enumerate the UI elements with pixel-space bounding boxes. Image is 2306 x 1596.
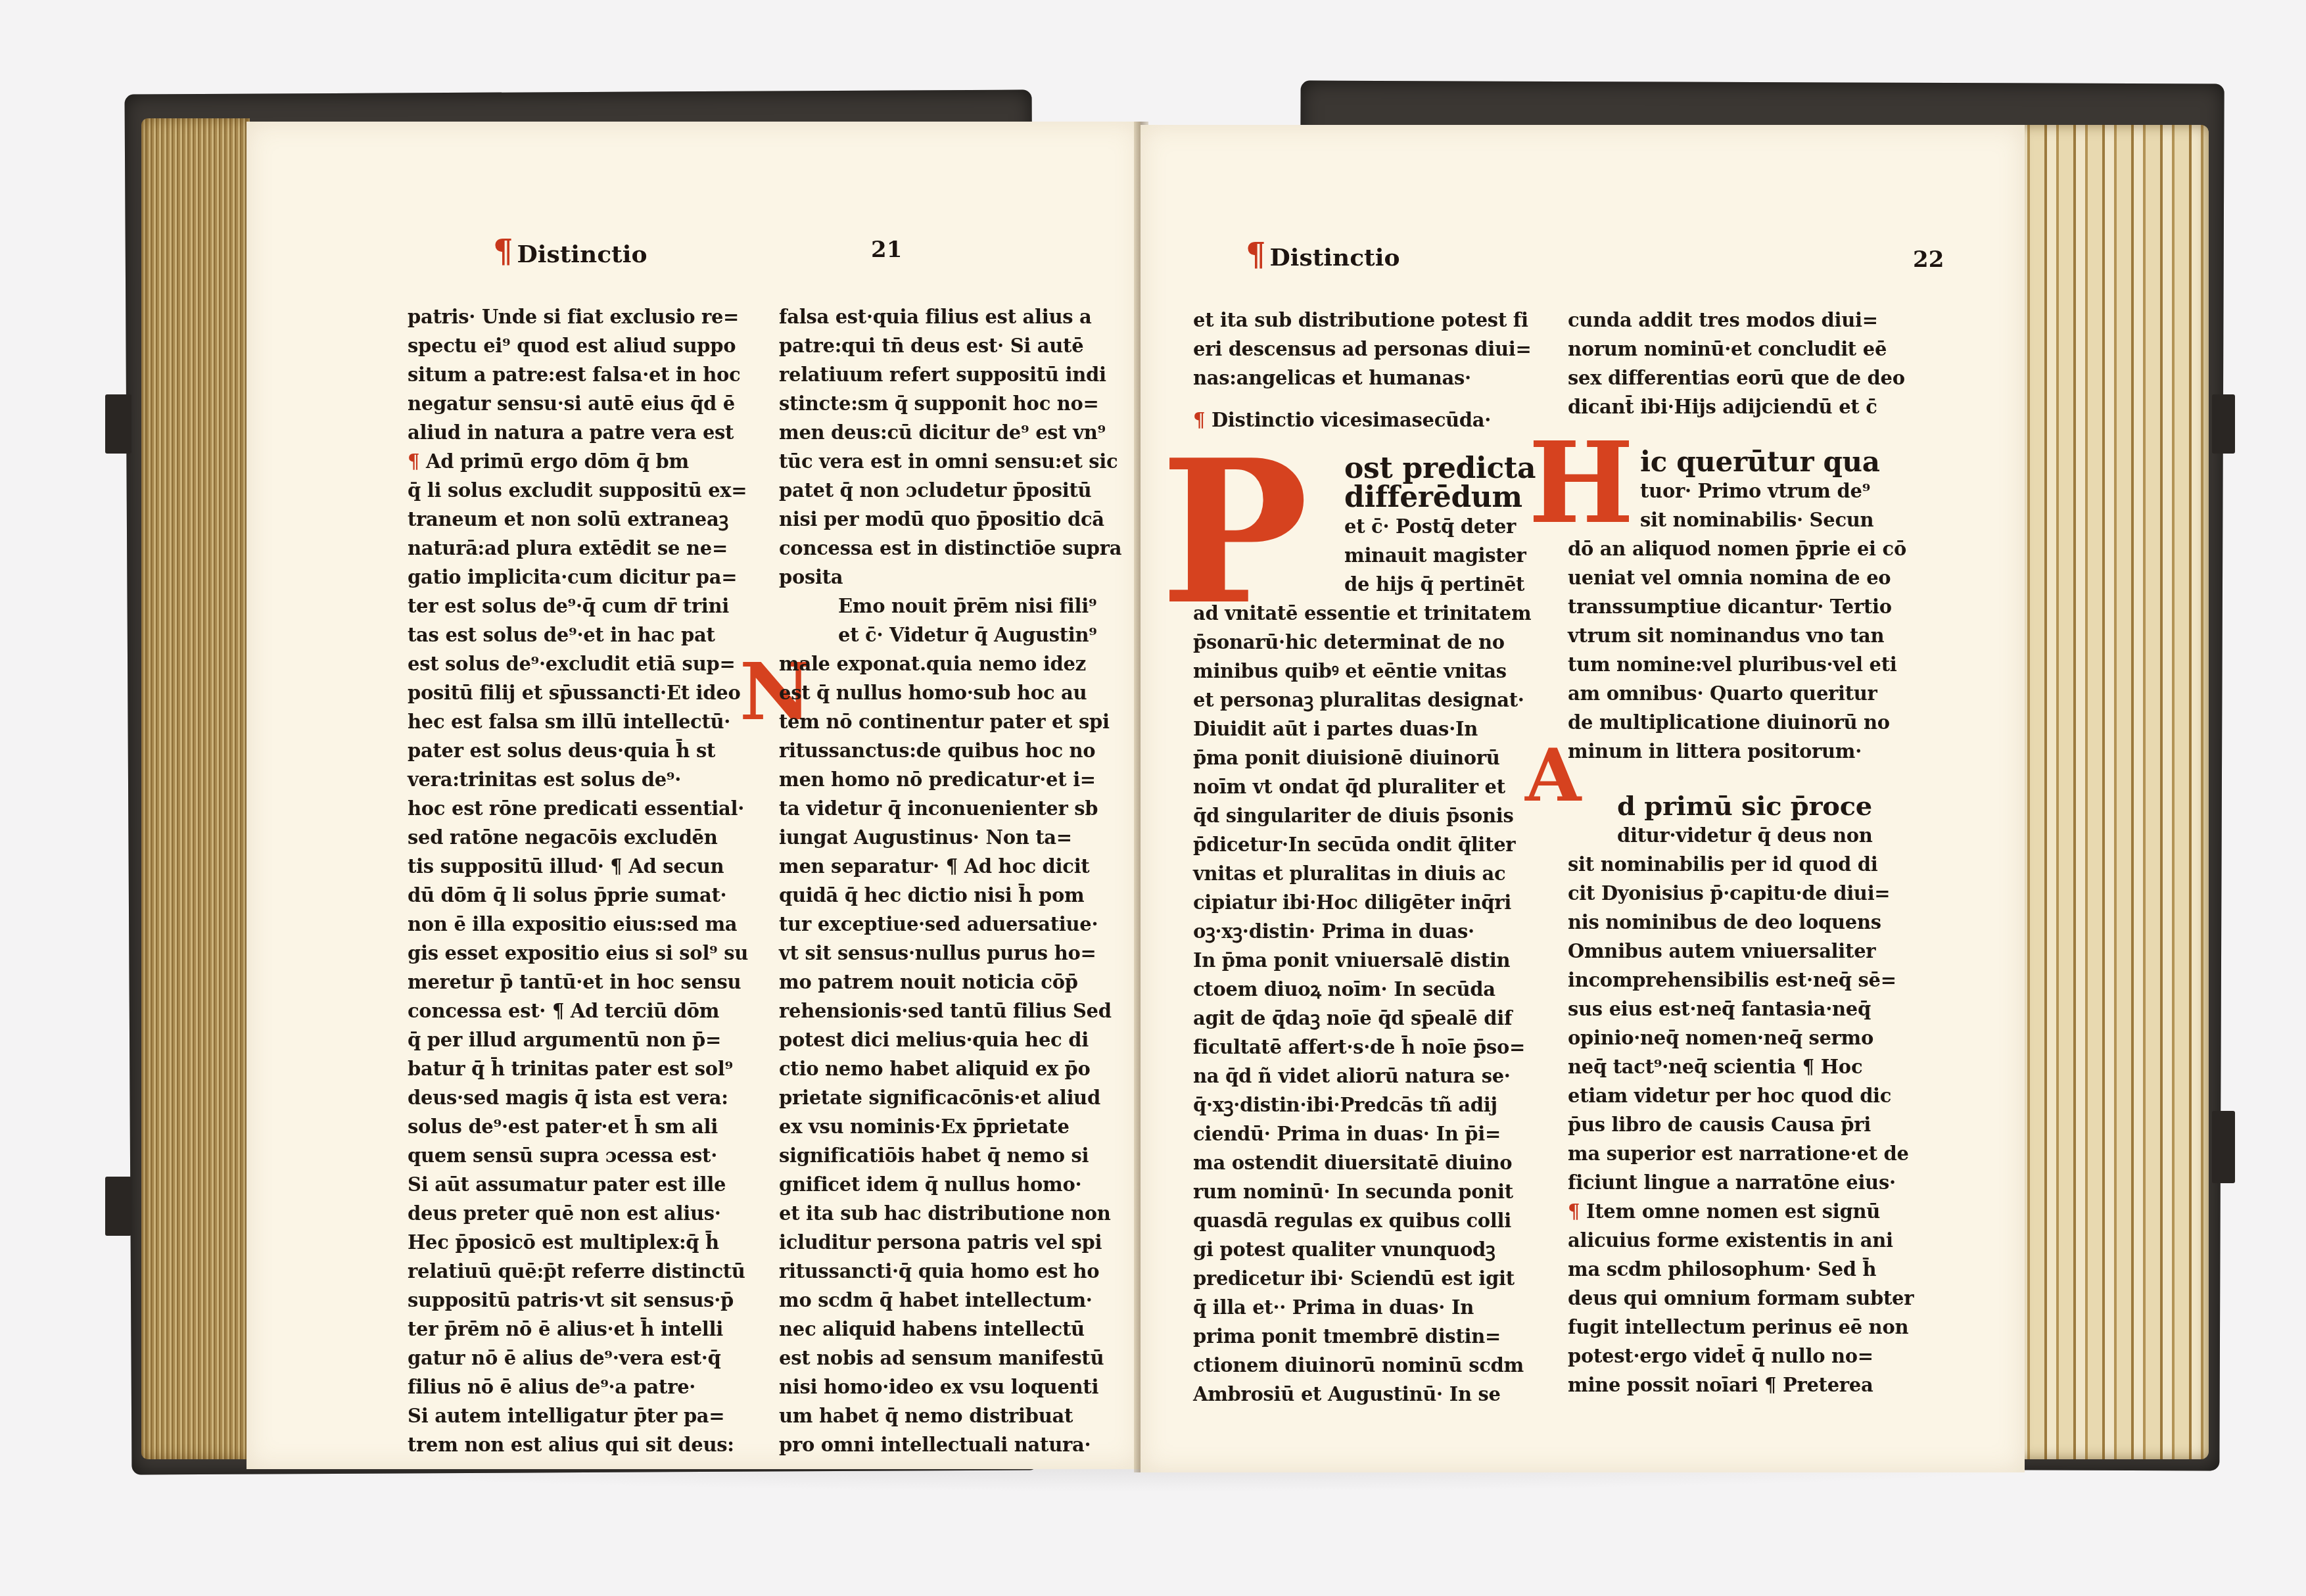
text-line: concessa est in distinctiōe supra [779,534,1121,563]
text-line: est nobis ad sensum manifestū [779,1344,1121,1373]
text-line: male exponat.quia nemo idez [779,649,1121,678]
text-line: men homo nō predicatur·et i= [779,765,1121,794]
text-line: tuor· Primo vtrum de⁹ [1568,477,1914,505]
left-page-column-1: patris· Unde si fiat exclusio re=spectu … [408,302,748,1459]
text-line: traneum et non solū extraneaꝫ [408,505,748,534]
text-line: vnitas et pluralitas in diuis ac [1193,859,1536,888]
text-line: et c̄· Postq̄ deter [1193,512,1536,541]
text-line: sus eius est·neq̄ fantasia·neq̄ [1568,995,1914,1023]
text-line: cit Dyonisius p̄·capitu·de diui= [1568,879,1914,908]
text-line: dō an aliquod nomen p̄prie ei cō [1568,534,1914,563]
text-line: eri descensus ad personas diui= [1193,335,1536,364]
text-line: p̄us libro de causis Causa p̄ri [1568,1110,1914,1139]
text-line: q̄ illa et·· Prima in duas· In [1193,1293,1536,1322]
text-line: ueniat vel omnia nomina de eo [1568,563,1914,592]
text-line: ter est solus de⁹·q̄ cum dr̄ trini [408,592,748,621]
right-clasp-top [2212,394,2235,454]
text-line: iungat Augustinus· Non ta= [779,823,1121,852]
text-line: p̄ma ponit diuisionē diuinorū [1193,743,1536,772]
right-page: ¶Distinctio 22 P et ita sub distribution… [1141,125,2025,1472]
text-line: incomprehensibilis est·neq̄ sē= [1568,966,1914,995]
text-line: ctoem diuoꝝ noīm· In secūda [1193,975,1536,1004]
text-line: hoc est rōne predicati essential· [408,794,748,823]
text-line: stincte:sm q̄ supponit hoc no= [779,389,1121,418]
text-line: nas:angelicas et humanas· [1193,364,1536,392]
text-line: rehensionis·sed tantū filius Sed [779,997,1121,1025]
text-line: minauit magister [1193,541,1536,570]
text-line: ditur·videtur q̄ deus non [1568,821,1914,850]
text-line: quidā q̄ hec dictio nisi h̄ pom [779,881,1121,910]
text-line: et personaꝫ pluralitas designat· [1193,686,1536,715]
text-line: q̄·xꝫ·distin·ibi·Predcās tñ adij [1193,1091,1536,1119]
text-line: ficiunt lingue a narratōne eius· [1568,1168,1914,1197]
text-line: transsumptiue dicantur· Tertio [1568,592,1914,621]
text-line: gi potest qualiter vnunquodꝫ [1193,1235,1536,1264]
text-line: relatiuū quē:p̄t referre distinctū [408,1257,748,1286]
left-folio-number: 21 [871,237,902,263]
text-line: de multiplicatione diuinorū no [1568,708,1914,737]
text-line: tem nō continentur pater et spi [779,707,1121,736]
text-line: Ambrosiū et Augustinū· In se [1193,1380,1536,1409]
text-line: q̄d singulariter de diuis p̄sonis [1193,801,1536,830]
pilcrow-icon: ¶ [1193,409,1205,431]
text-line: nisi homo·ideo ex vsu loquenti [779,1373,1121,1401]
text-line: posita [779,563,1121,592]
text-line: et c̄· Videtur q̄ Augustin⁹ [779,621,1121,649]
text-line: est solus de⁹·excludit etiā sup= [408,649,748,678]
text-line: gatio implicita·cum dicitur pa= [408,563,748,592]
text-line: norum nominū·et concludit eē [1568,335,1914,364]
pilcrow-icon: ¶ [1246,237,1266,273]
text-line: ma scdm philosophum· Sed h̄ [1568,1255,1914,1284]
text-line: naturā:ad plura extēdit se ne= [408,534,748,563]
text-line: dū dōm q̄ li solus p̄prie sumat· [408,881,748,910]
text-line: neq̄ tact⁹·neq̄ scientia ¶ Hoc [1568,1052,1914,1081]
text-line: ter p̄rēm nō ē alius·et h̄ intelli [408,1315,748,1344]
text-line: concessa est· ¶ Ad terciū dōm [408,997,748,1025]
text-line: p̄dicetur·In secūda ondit q̄liter [1193,830,1536,859]
text-line: sit nominabilis· Secun [1568,505,1914,534]
text-line: predicetur ibi· Sciendū est igit [1193,1264,1536,1293]
text-line: ta videtur q̄ inconuenienter sb [779,794,1121,823]
text-line: patris· Unde si fiat exclusio re= [408,302,748,331]
text-line: gis esset expositio eius si sol⁹ su [408,939,748,968]
text-line: relatiuum refert suppositū indi [779,360,1121,389]
text-line: est q̄ nullus homo·sub hoc au [779,678,1121,707]
text-line: men separatur· ¶ Ad hoc dicit [779,852,1121,881]
text-line: ic querūtur qua [1568,448,1914,477]
text-line: tis suppositū illud· ¶ Ad secun [408,852,748,881]
text-line: opinio·neq̄ nomen·neq̄ sermo [1568,1023,1914,1052]
text-line: batur q̄ h̄ trinitas pater est sol⁹ [408,1054,748,1083]
text-line: Hec p̄posicō est multiplex:q̄ h̄ [408,1228,748,1257]
text-line: situm a patre:est falsa·et in hoc [408,360,748,389]
text-line: pro omni intellectuali natura· [779,1430,1121,1459]
text-line: alicuius forme existentis in ani [1568,1226,1914,1255]
text-line: prima ponit tmembrē distin= [1193,1322,1536,1351]
text-line: suppositū patris·vt sit sensus·p̄ [408,1286,748,1315]
text-line: trem non est alius qui sit deus: [408,1430,748,1459]
text-line: vt sit sensus·nullus purus ho= [779,939,1121,968]
left-page-edges [141,118,250,1459]
text-line: p̄sonarū·hic determinat de no [1193,628,1536,657]
text-line: et ita sub distributione potest fi [1193,306,1536,335]
text-line: nec aliquid habens intellectū [779,1315,1121,1344]
text-line: hec est falsa sm illū intellectū· [408,707,748,736]
text-line: mo patrem nouit noticia cōp̄ [779,968,1121,997]
text-line: significatiōis habet q̄ nemo si [779,1141,1121,1170]
pilcrow-icon: ¶ [493,233,513,270]
text-line: negatur sensu·si autē eius q̄d ē [408,389,748,418]
text-line: meretur p̄ tantū·et in hoc sensu [408,968,748,997]
text-line: prietate significacōnis·et aliud [779,1083,1121,1112]
text-line: icluditur persona patris vel spi [779,1228,1121,1257]
text-line: gatur nō ē alius de⁹·vera est·q̄ [408,1344,748,1373]
text-line: Omnibus autem vniuersaliter [1568,937,1914,966]
text-line: deus·sed magis q̄ ista est vera: [408,1083,748,1112]
text-line: potest dici melius·quia hec di [779,1025,1121,1054]
text-line: tum nomine:vel pluribus·vel eti [1568,650,1914,679]
text-line: dicant̄ ibi·Hijs adijciendū et c̄ [1568,392,1914,421]
text-line: ritussanctus:de quibus hoc no [779,736,1121,765]
left-page-column-2: falsa est·quia filius est alius apatre:q… [779,302,1121,1459]
text-line: potest·ergo videt̄ q̄ nullo no= [1568,1342,1914,1371]
text-line: sex differentias eorū que de deo [1568,364,1914,392]
right-clasp-bottom [2212,1111,2235,1183]
right-page-edges [2018,125,2209,1459]
text-line: ¶ Distinctio vicesimasecūda· [1193,406,1536,434]
text-line: agit de q̄daꝫ noīe q̄d sp̄ealē dif [1193,1004,1536,1033]
text-line: nisi per modū quo p̄positio dcā [779,505,1121,534]
text-line: mine possit noīari ¶ Preterea [1568,1371,1914,1399]
text-line: falsa est·quia filius est alius a [779,302,1121,331]
text-line: Emo nouit p̄rēm nisi fili⁹ [779,592,1121,621]
text-line: aliud in natura a patre vera est [408,418,748,447]
text-line: na q̄d ñ videt aliorū natura se· [1193,1062,1536,1091]
text-line: mo scdm q̄ habet intellectum· [779,1286,1121,1315]
text-line: ctionem diuinorū nominū scdm [1193,1351,1536,1380]
text-line: vtrum sit nominandus vno tan [1568,621,1914,650]
text-line: tur exceptiue·sed aduersatiue· [779,910,1121,939]
text-line: differēdum [1193,483,1536,512]
text-line: sed ratōne negacōis excludēn [408,823,748,852]
text-line: d primū sic p̄roce [1568,792,1914,821]
text-line: tas est solus de⁹·et in hac pat [408,621,748,649]
text-line: patre:qui tn̄ deus est· Si autē [779,331,1121,360]
text-line: vera:trinitas est solus de⁹· [408,765,748,794]
left-page: ¶Distinctio 21 patris· Unde si fiat excl… [247,122,1141,1469]
text-line: patet q̄ non ɔcludetur p̄positū [779,476,1121,505]
text-line: Si aūt assumatur pater est ille [408,1170,748,1199]
text-line: solus de⁹·est pater·et h̄ sm ali [408,1112,748,1141]
right-page-column-1: et ita sub distributione potest fieri de… [1193,306,1536,1409]
text-line: ost predicta [1193,454,1536,483]
text-line: q̄ li solus excludit suppositū ex= [408,476,748,505]
text-line: oꝫ·xꝫ·distin· Prima in duas· [1193,917,1536,946]
text-line: In p̄ma ponit vniuersalē distin [1193,946,1536,975]
text-line: ¶ Ad primū ergo dōm q̄ bm [408,447,748,476]
text-line: ma superior est narratione·et de [1568,1139,1914,1168]
text-line: de hijs q̄ pertinēt [1193,570,1536,599]
right-folio-number: 22 [1913,246,1944,273]
text-line: ex vsu nominis·Ex p̄prietate [779,1112,1121,1141]
left-clasp-bottom [105,1177,131,1236]
right-page-column-2: cunda addit tres modos diui=norum nominū… [1568,306,1914,1399]
text-line: nis nominibus de deo loquens [1568,908,1914,937]
text-line: ritussancti·q̄ quia homo est ho [779,1257,1121,1286]
text-line: gnificet idem q̄ nullus homo· [779,1170,1121,1199]
text-line: non ē illa expositio eius:sed ma [408,910,748,939]
text-line: tūc vera est in omni sensu:et sic [779,447,1121,476]
text-line: Diuidit aūt i partes duas·In [1193,715,1536,743]
pilcrow-icon: ¶ [408,450,419,473]
text-line: rum nominū· In secunda ponit [1193,1177,1536,1206]
text-line: cunda addit tres modos diui= [1568,306,1914,335]
text-line: men deus:cū dicitur de⁹ est vn⁹ [779,418,1121,447]
text-line: ficultatē affert·s·de h̄ noīe p̄so= [1193,1033,1536,1062]
text-line: ciendū· Prima in duas· In p̄i= [1193,1119,1536,1148]
text-line: etiam videtur per hoc quod dic [1568,1081,1914,1110]
text-line: ¶ Item omne nomen est signū [1568,1197,1914,1226]
text-line: am omnibus· Quarto queritur [1568,679,1914,708]
text-line: filius nō ē alius de⁹·a patre· [408,1373,748,1401]
text-line: ma ostendit diuersitatē diuino [1193,1148,1536,1177]
text-line: minum in littera positorum· [1568,737,1914,766]
right-running-head: ¶Distinctio [1246,237,1400,273]
text-line: deus qui omnium formam subter [1568,1284,1914,1313]
pilcrow-icon: ¶ [1568,1200,1580,1223]
text-line: et ita sub hac distributione non [779,1199,1121,1228]
text-line: q̄ per illud argumentū non p̄= [408,1025,748,1054]
text-line: sit nominabilis per id quod di [1568,850,1914,879]
text-line: ad vnitatē essentie et trinitatem [1193,599,1536,628]
text-line: noīm vt ondat q̄d pluraliter et [1193,772,1536,801]
text-line: spectu ei⁹ quod est aliud suppo [408,331,748,360]
text-line: Si autem intelligatur p̄ter pa= [408,1401,748,1430]
text-line: quem sensū supra ɔcessa est· [408,1141,748,1170]
left-running-head: ¶Distinctio [493,233,647,270]
text-line: um habet q̄ nemo distribuat [779,1401,1121,1430]
text-line: cipiatur ibi·Hoc diligēter inq̄ri [1193,888,1536,917]
text-line: deus preter quē non est alius· [408,1199,748,1228]
text-line: quasdā regulas ex quibus colli [1193,1206,1536,1235]
text-line: ctio nemo habet aliquid ex p̄o [779,1054,1121,1083]
text-line: minibus quibꝰ et eēntie vnitas [1193,657,1536,686]
text-line: pater est solus deus·quia h̄ st [408,736,748,765]
text-line: positū filij et sp̄ussancti·Et ideo [408,678,748,707]
left-clasp-top [105,394,131,454]
text-line: fugit intellectum perinus eē non [1568,1313,1914,1342]
